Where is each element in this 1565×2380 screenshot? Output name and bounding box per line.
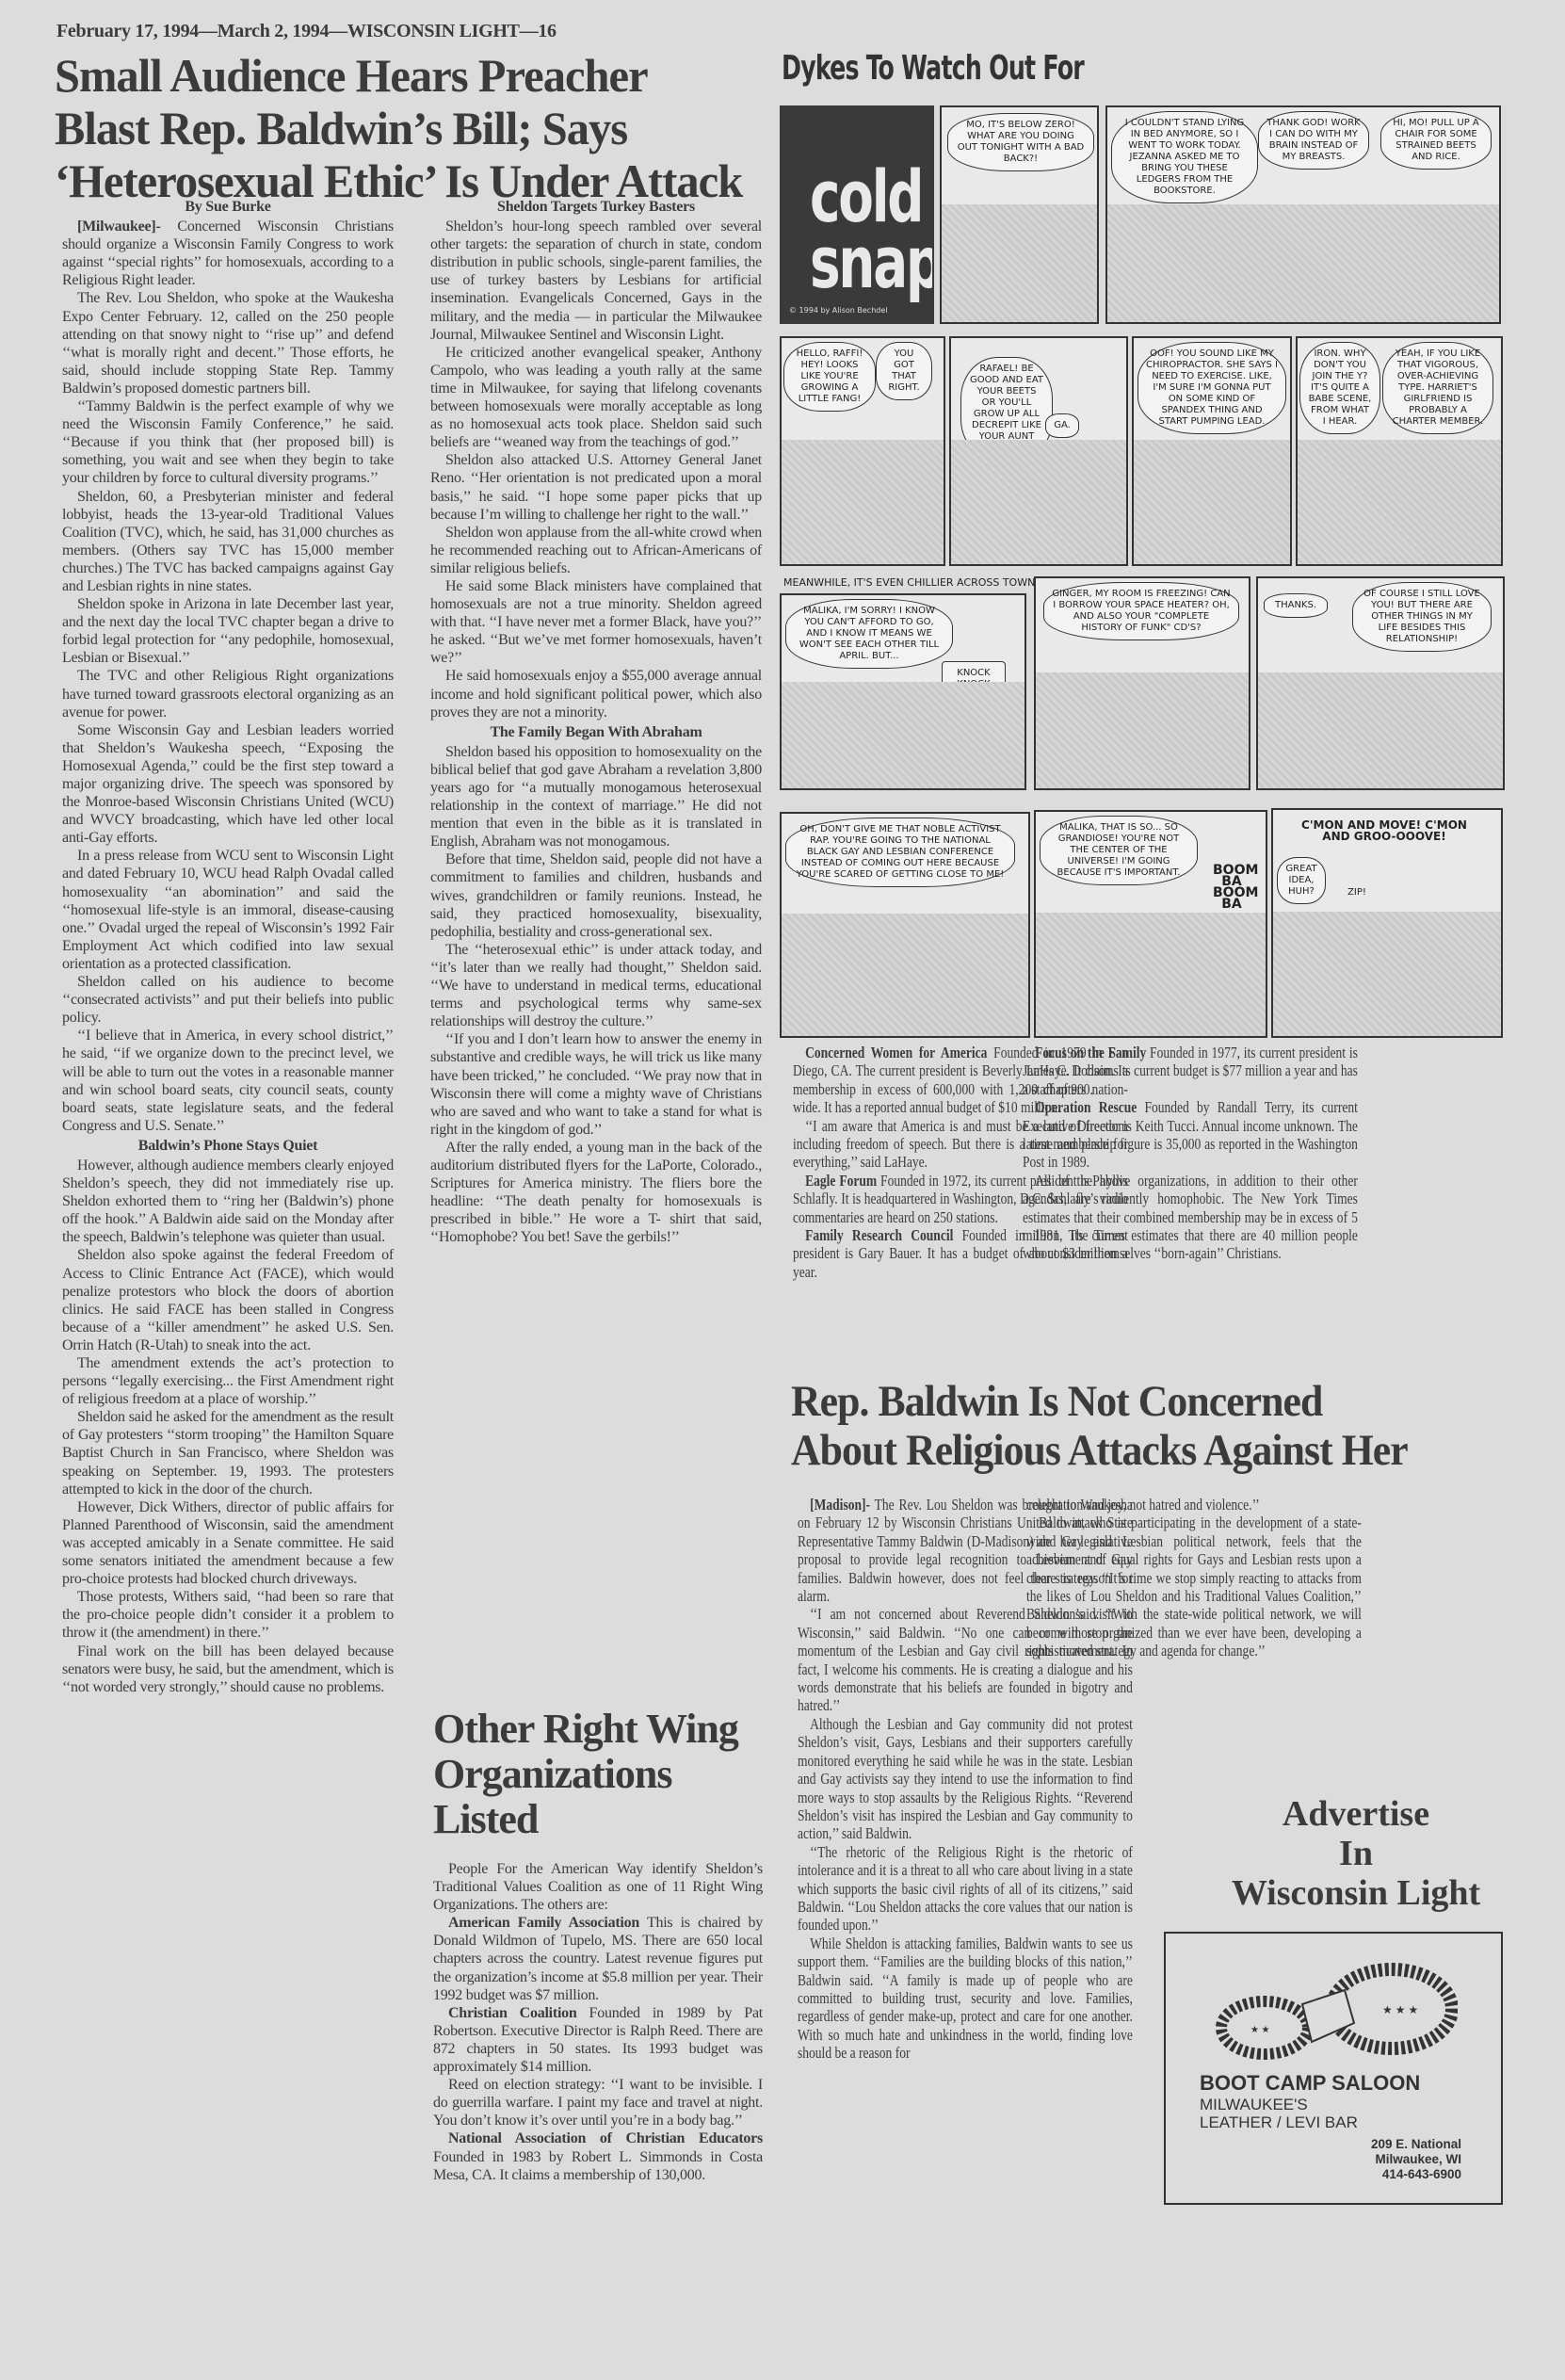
speech-bubble: Iron. Why don't you join the Y? It's qui… [1299,342,1380,434]
main-headline: Small Audience Hears Preacher Blast Rep.… [55,49,749,207]
paragraph: Before that time, Sheldon said, people d… [430,850,762,940]
sidebar-headline: Other Right Wing Organizations Listed [433,1707,772,1842]
baldwin-headline: Rep. Baldwin Is Not Concerned About Reli… [791,1377,1509,1475]
paragraph: The ‘‘heterosexual ethic’’ is under atta… [430,941,762,1030]
speech-bubble: Mo, it's below zero! What are you doing … [947,113,1094,171]
ad-business-name: BOOT CAMP SALOON [1200,2071,1420,2096]
speech-bubble: Hi, Mo! Pull up a chair for some straine… [1380,111,1492,170]
comic-panel: Oof! You sound like my chiropractor. She… [1132,336,1292,566]
lead-in: Family Research Council [805,1226,953,1244]
paragraph: While Sheldon is attacking families, Bal… [798,1935,1133,2063]
paragraph: Focus on the Family Founded in 1977, its… [1023,1044,1358,1098]
paragraph: American Family Association This is chai… [433,1914,763,2003]
comic-art [1036,672,1249,788]
song-lyrics: C'mon and move! C'mon and groo-ooove! [1292,814,1476,848]
baldwin-column-b: celebration and joy, not hatred and viol… [1026,1496,1362,1660]
paragraph: He said some Black ministers have compla… [430,577,762,667]
speech-bubble: Malika, that is so... so GRANDIOSE! You'… [1040,816,1198,885]
boot-sole-icon: ★ ★ ★ ★ ★ [1213,1957,1458,2061]
main-article-column-1: By Sue Burke [Milwaukee]- Concerned Wisc… [62,196,394,1696]
paragraph: Sheldon based his opposition to homosexu… [430,743,762,851]
paragraph: However, although audience members clear… [62,1157,394,1246]
speech-bubble: Thank God! Work I can do with my BRAIN i… [1258,111,1369,170]
paragraph: Final work on the bill has been delayed … [62,1643,394,1696]
subheading: The Family Began With Abraham [430,723,762,741]
byline: By Sue Burke [62,198,394,216]
comic-logo-panel: coldsnap © 1994 by Alison Bechdel [780,105,934,324]
comic-panel: Hello, Raffi! Hey! Looks like you're gro… [780,336,945,566]
comic-caption: Meanwhile, it's even chillier across tow… [783,576,1035,589]
comic-panel: Rafael! Be good and eat your beets or yo… [949,336,1128,566]
comic-panel: Malika, I'm sorry! I know you can't affo… [780,593,1026,790]
comic-art [782,914,1028,1036]
speech-bubble: Of course I still love you! But there ar… [1352,582,1492,652]
headline-line: Listed [433,1797,772,1842]
headline-line: Other Right Wing [433,1707,772,1752]
lead-in: [Milwaukee]- [77,219,161,235]
boot-camp-saloon-ad[interactable]: ★ ★ ★ ★ ★ BOOT CAMP SALOON MILWAUKEE'S L… [1164,1932,1503,2205]
headline-line: Small Audience Hears Preacher [55,49,749,102]
paragraph: National Association of Christian Educat… [433,2129,763,2183]
speech-bubble: I couldn't stand lying in bed anymore, s… [1111,111,1258,203]
lead-in: Eagle Forum [805,1172,877,1190]
speech-bubble: Ga. [1045,413,1079,438]
svg-text:★ ★: ★ ★ [1250,2025,1269,2035]
paragraph: ‘‘Tammy Baldwin is the perfect example o… [62,397,394,487]
sound-effect: Boom ba boom ba [1205,859,1258,915]
paragraph: Sheldon said he asked for the amendment … [62,1408,394,1498]
comic-logo: coldsnap [810,164,934,296]
comic-art [942,204,1097,322]
paragraphs: Focus on the Family Founded in 1977, its… [1023,1044,1358,1263]
comic-art [1273,912,1501,1036]
comic-panel: Thanks. Of course I still love you! But … [1256,576,1505,790]
paragraphs: Sheldon Targets Turkey BastersSheldon’s … [430,198,762,1246]
house-ad-line: Wisconsin Light [1168,1873,1544,1913]
comic-copyright: © 1994 by Alison Bechdel [789,306,888,315]
comic-art [782,440,944,564]
house-ad[interactable]: Advertise In Wisconsin Light [1168,1794,1544,1913]
comic-panel: Malika, that is so... so GRANDIOSE! You'… [1034,810,1267,1038]
paragraph: Sheldon spoke in Arizona in late Decembe… [62,595,394,667]
paragraph: Christian Coalition Founded in 1989 by P… [433,2004,763,2076]
sound-effect: Zip! [1339,882,1375,904]
paragraph: All of the above organizations, in addit… [1023,1172,1358,1263]
lead-in: Operation Rescue [1035,1098,1137,1116]
comic-art [1258,672,1503,788]
main-article-column-2: Sheldon Targets Turkey BastersSheldon’s … [430,196,762,1246]
speech-bubble: Thanks. [1264,593,1328,618]
comic-panel: Ginger, my room is freezing! Can I borro… [1034,576,1250,790]
dateline: February 17, 1994—March 2, 1994—WISCONSI… [56,21,557,42]
comic-panel: Iron. Why don't you join the Y? It's qui… [1296,336,1503,566]
paragraph: People For the American Way identify She… [433,1860,763,1914]
comic-art [1134,440,1290,564]
headline-line: Blast Rep. Baldwin’s Bill; Says [55,102,749,154]
paragraph: Some Wisconsin Gay and Lesbian leaders w… [62,721,394,848]
paragraph: Although the Lesbian and Gay community d… [798,1715,1133,1843]
house-ad-line: Advertise [1168,1794,1544,1834]
paragraph: Operation Rescue Founded by Randall Terr… [1023,1098,1358,1172]
paragraph: ‘‘If you and I don’t learn how to answer… [430,1030,762,1139]
paragraphs: celebration and joy, not hatred and viol… [1026,1496,1362,1660]
comic-art [782,682,1025,788]
paragraph: In a press release from WCU sent to Wisc… [62,847,394,973]
paragraph: Reed on election strategy: ‘‘I want to b… [433,2076,763,2129]
paragraph: Sheldon also spoke against the federal F… [62,1246,394,1354]
comic-panel: C'mon and move! C'mon and groo-ooove! Gr… [1271,808,1503,1038]
paragraph: celebration and joy, not hatred and viol… [1026,1496,1362,1514]
paragraph: Sheldon won applause from the all-white … [430,524,762,577]
comic-section-title: Dykes To Watch Out For [782,49,1084,88]
paragraph: He criticized another evangelical speake… [430,344,762,452]
comic-strip: coldsnap © 1994 by Alison Bechdel Mo, it… [780,105,1507,1038]
speech-bubble: Hello, Raffi! Hey! Looks like you're gro… [783,342,876,412]
speech-bubble: Great idea, huh? [1277,857,1326,904]
paragraphs: People For the American Way identify She… [433,1860,763,2184]
house-ad-line: In [1168,1834,1544,1873]
comic-art [1036,913,1266,1036]
paragraph: The Rev. Lou Sheldon, who spoke at the W… [62,289,394,397]
comic-art [1298,440,1501,564]
lead-in: American Family Association [448,1915,639,1931]
paragraphs: [Milwaukee]- Concerned Wisconsin Christi… [62,218,394,1696]
speech-bubble: You got that right. [876,342,932,400]
speech-bubble: Oh, don't give me that noble activist ra… [785,818,1015,887]
paragraph: [Milwaukee]- Concerned Wisconsin Christi… [62,218,394,289]
headline-line: Rep. Baldwin Is Not Concerned [791,1377,1509,1426]
subheading: Baldwin’s Phone Stays Quiet [62,1137,394,1155]
paragraph: However, Dick Withers, director of publi… [62,1498,394,1588]
paragraph: Sheldon called on his audience to become… [62,973,394,1027]
speech-bubble: Malika, I'm sorry! I know you can't affo… [785,599,953,669]
sidebar-column-b: Focus on the Family Founded in 1977, its… [1023,1044,1358,1263]
lead-in: [Madison]- [810,1496,870,1514]
speech-bubble: Oof! You sound like my chiropractor. She… [1137,342,1286,434]
lead-in: Christian Coalition [448,2005,577,2021]
paragraph: ‘‘I believe that in America, in every sc… [62,1027,394,1135]
ad-tagline: MILWAUKEE'S LEATHER / LEVI BAR [1200,2096,1358,2131]
subheading: Sheldon Targets Turkey Basters [430,198,762,216]
paragraph: Baldwin, who is participating in the dev… [1026,1514,1362,1660]
lead-in: Focus on the Family [1035,1044,1146,1061]
svg-text:★ ★ ★: ★ ★ ★ [1382,2003,1418,2016]
lead-in: Concerned Women for America [805,1044,987,1061]
sidebar-column-mid: People For the American Way identify She… [433,1860,763,2184]
headline-line: Organizations [433,1752,772,1797]
paragraph: Sheldon also attacked U.S. Attorney Gene… [430,451,762,523]
paragraph: He said homosexuals enjoy a $55,000 aver… [430,667,762,720]
paragraph: Those protests, Withers said, ‘‘had been… [62,1588,394,1642]
speech-bubble: Ginger, my room is freezing! Can I borro… [1043,582,1239,640]
paragraph: The amendment extends the act’s protecti… [62,1354,394,1408]
comic-panel: Mo, it's below zero! What are you doing … [940,105,1099,324]
paragraph: Sheldon’s hour-long speech rambled over … [430,218,762,344]
speech-bubble: Yeah, if you like that vigorous, over-ac… [1382,342,1493,434]
paragraph: The TVC and other Religious Right organi… [62,667,394,720]
lead-in: National Association of Christian Educat… [448,2130,763,2146]
comic-panel: I couldn't stand lying in bed anymore, s… [1105,105,1501,324]
comic-art [951,440,1126,564]
comic-art [1107,204,1499,322]
headline-line: About Religious Attacks Against Her [791,1426,1509,1475]
comic-panel: Oh, don't give me that noble activist ra… [780,812,1030,1038]
ad-address: 209 E. National Milwaukee, WI 414-643-69… [1371,2137,1461,2182]
ad-phone: 414-643-6900 [1371,2167,1461,2182]
paragraph: After the rally ended, a young man in th… [430,1139,762,1247]
paragraph: ‘‘The rhetoric of the Religious Right is… [798,1843,1133,1935]
paragraph: Sheldon, 60, a Presbyterian minister and… [62,488,394,596]
